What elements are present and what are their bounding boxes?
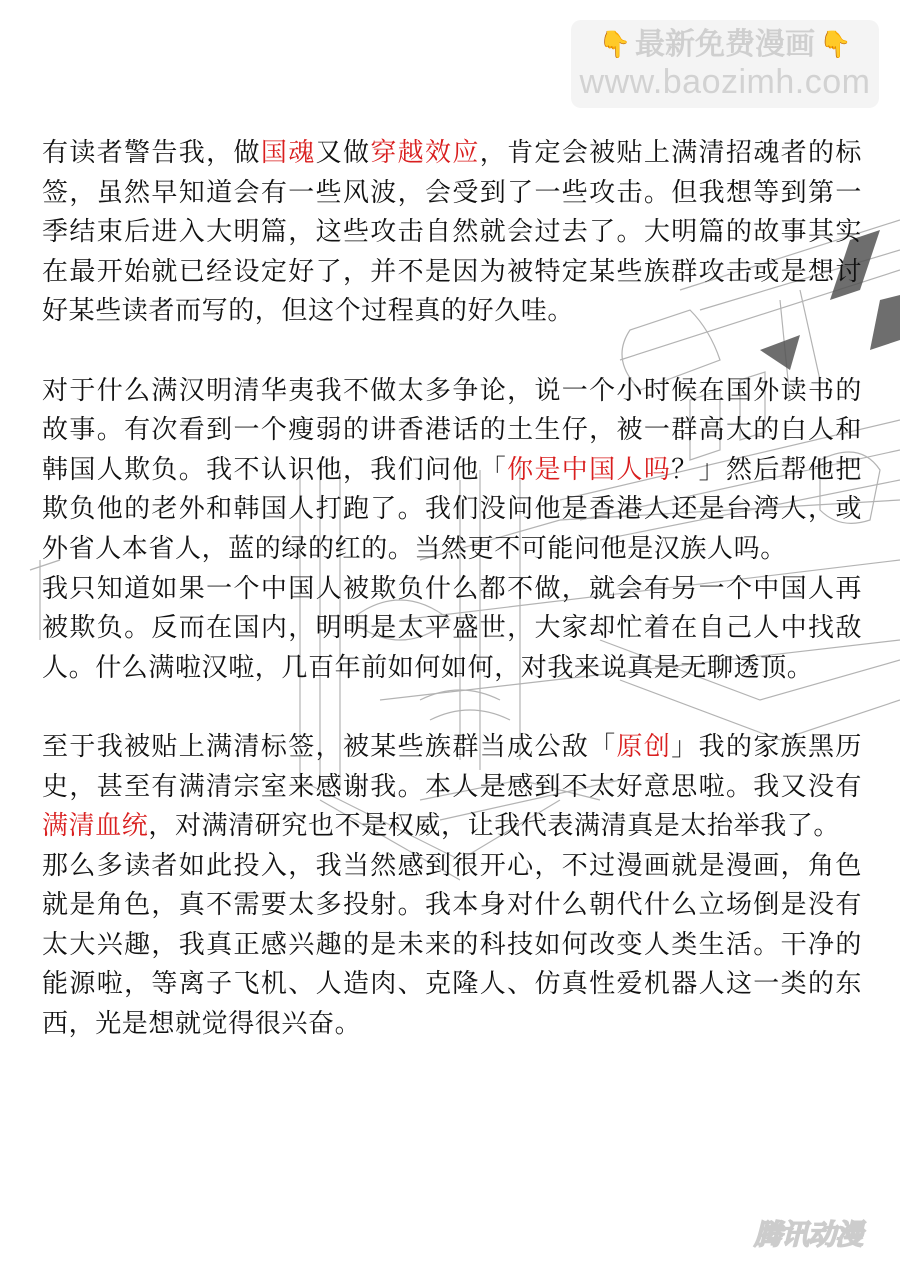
highlight-manqing-xuetong: 满清血统 [42, 811, 148, 841]
pointing-down-hand-icon: 👇 [599, 27, 631, 63]
paragraph-4: 至于我被贴上满清标签，被某些族群当成公敌「原创」我的家族黑历史，甚至有满清宗室来… [42, 728, 862, 847]
highlight-ni-shi-zhongguoren-ma: 你是中国人吗 [507, 455, 671, 485]
highlight-guohun: 国魂 [261, 138, 316, 168]
pointing-down-hand-icon: 👇 [819, 27, 851, 63]
watermark-url: www.baozimh.com [580, 63, 871, 101]
paragraph-2: 对于什么满汉明清华夷我不做太多争论，说一个小时候在国外读书的故事。有次看到一个瘦… [42, 372, 862, 570]
paragraph-5: 那么多读者如此投入，我当然感到很开心，不过漫画就是漫画，角色就是角色，真不需要太… [42, 847, 862, 1045]
text-segment: 又做 [316, 138, 371, 168]
text-segment: 那么多读者如此投入，我当然感到很开心，不过漫画就是漫画，角色就是角色，真不需要太… [42, 851, 862, 1039]
paragraph-3: 我只知道如果一个中国人被欺负什么都不做，就会有另一个中国人再被欺负。反而在国内，… [42, 570, 862, 689]
watermark-tencent-comics-logo: 腾讯动漫 [737, 1213, 879, 1253]
highlight-chuanyue-xiaoying: 穿越效应 [370, 138, 479, 168]
text-segment: 至于我被贴上满清标签，被某些族群当成公敌「 [42, 732, 617, 762]
text-segment: ，对满清研究也不是权威，让我代表满清真是太抬举我了。 [148, 811, 840, 841]
author-note-text: 有读者警告我，做国魂又做穿越效应，肯定会被贴上满清招魂者的标签，虽然早知道会有一… [42, 134, 862, 1045]
watermark-tagline: 最新免费漫画 [635, 27, 815, 63]
highlight-yuanchuang: 原创 [617, 732, 672, 762]
text-segment: 有读者警告我，做 [42, 138, 261, 168]
watermark-baozimh: 👇 最新免费漫画 👇 www.baozimh.com [571, 20, 879, 108]
text-segment: 我只知道如果一个中国人被欺负什么都不做，就会有另一个中国人再被欺负。反而在国内，… [42, 574, 862, 683]
paragraph-1: 有读者警告我，做国魂又做穿越效应，肯定会被贴上满清招魂者的标签，虽然早知道会有一… [42, 134, 862, 332]
